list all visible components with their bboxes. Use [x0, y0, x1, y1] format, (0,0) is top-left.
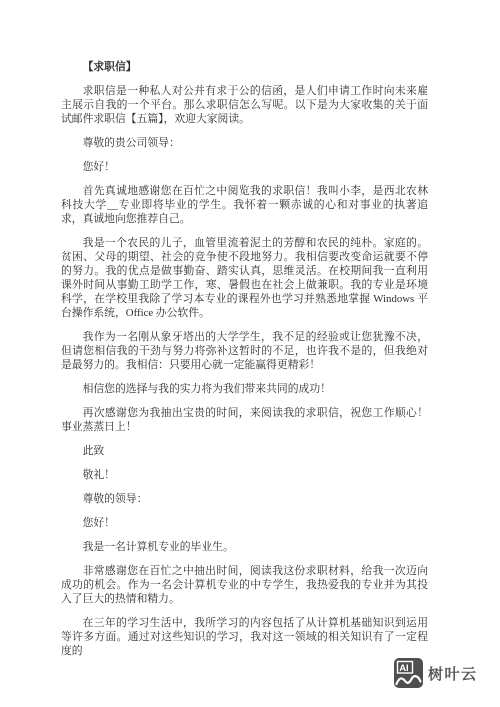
paragraph-intro: 求职信是一种私人对公并有求于公的信函，是人们申请工作时向未来雇主展示自我的一个平…	[61, 84, 428, 126]
paragraph: 首先真诚地感谢您在百忙之中阅览我的求职信！我叫小李，是西北农林科技大学__专业即…	[61, 184, 428, 226]
paragraph: 在三年的学习生活中，我所学习的内容包括了从计算机基础知识到运用等许多方面。通过对…	[61, 616, 428, 658]
document-heading: 【求职信】	[61, 60, 428, 74]
brand-name: 树叶云	[428, 663, 478, 684]
paragraph: 我是一名计算机专业的毕业生。	[61, 540, 428, 554]
paragraph: 再次感谢您为我抽出宝贵的时间，来阅读我的求职信，祝您工作顺心！事业蒸蒸日上！	[61, 406, 428, 434]
greeting-1: 您好！	[61, 160, 428, 174]
paragraph: 我作为一名刚从象牙塔出的大学学生，我不足的经验或让您犹豫不决，但请您相信我的干劲…	[61, 330, 428, 372]
paragraph: 非常感谢您在百忙之中抽出时间，阅读我这份求职材料，给我一次迈向成功的机会。作为一…	[61, 564, 428, 606]
closing-jingli: 敬礼！	[61, 468, 428, 482]
ai-image-icon: AI	[394, 658, 423, 688]
paragraph: 我是一个农民的儿子，血管里流着泥土的芳醇和农民的纯朴。家庭的。贫困、父母的期望、…	[61, 236, 428, 320]
closing-cizhi: 此致	[61, 444, 428, 458]
document-page: 【求职信】 求职信是一种私人对公并有求于公的信函，是人们申请工作时向未来雇主展示…	[0, 0, 500, 707]
salutation-2: 尊敬的领导：	[61, 492, 428, 506]
salutation-1: 尊敬的贵公司领导：	[61, 136, 428, 150]
letter-body: 【求职信】 求职信是一种私人对公并有求于公的信函，是人们申请工作时向未来雇主展示…	[61, 60, 428, 668]
ai-icon-label: AI	[399, 663, 409, 674]
watermark-brand: AI 树叶云	[394, 658, 478, 688]
greeting-2: 您好！	[61, 516, 428, 530]
paragraph: 相信您的选择与我的实力将为我们带来共同的成功！	[61, 382, 428, 396]
